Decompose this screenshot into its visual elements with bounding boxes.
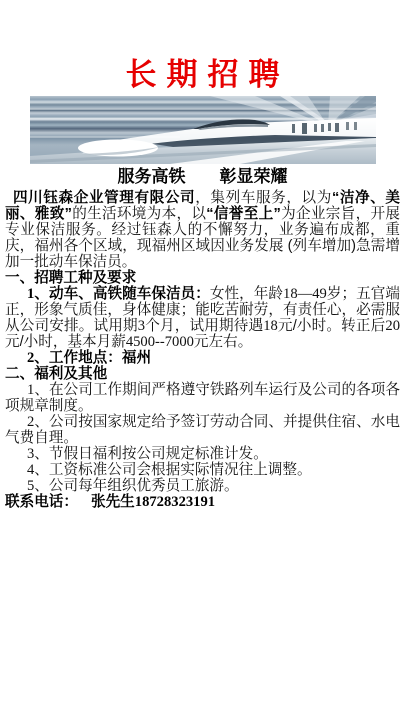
benefit-item-3: 3、节假日福利按公司规定标准计发。 <box>5 446 400 462</box>
intro-paragraph: 四川钰森企业管理有限公司，集列车服务，以为“洁净、美丽、雅致”的生活环境为本，以… <box>5 190 400 270</box>
company-name: 四川钰森企业管理有限公司 <box>13 190 195 206</box>
page-title: 长期招聘 <box>0 57 405 93</box>
benefit-item-4: 4、工资标准公司会根据实际情况往上调整。 <box>5 462 400 478</box>
work-location-item: 2、工作地点：福州 <box>5 350 400 366</box>
contact-name: 张先生 <box>91 494 135 510</box>
contact-label: 联系电话： <box>5 494 78 510</box>
slogan-left: 服务高铁 <box>118 167 186 187</box>
poster-body: 四川钰森企业管理有限公司，集列车服务，以为“洁净、美丽、雅致”的生活环境为本，以… <box>5 190 400 510</box>
section1-heading: 一、招聘工种及要求 <box>5 270 400 286</box>
slogan: 服务高铁 彰显荣耀 <box>0 167 405 187</box>
benefit-item-2: 2、公司按国家规定给予签订劳动合同、并提供住宿、水电气费自理。 <box>5 414 400 446</box>
recruitment-poster: 长期招聘 <box>0 0 405 720</box>
benefit-item-1: 1、在公司工作期间严格遵守铁路列车运行及公司的各项各项规章制度。 <box>5 382 400 414</box>
benefit-item-5: 5、公司每年组织优秀员工旅游。 <box>5 478 400 494</box>
train-illustration <box>30 96 376 164</box>
train-photo <box>30 96 376 164</box>
slogan-right: 彰显荣耀 <box>220 167 288 187</box>
contact-phone: 18728323191 <box>135 494 215 510</box>
contact-line: 联系电话：张先生18728323191 <box>5 494 400 510</box>
section2-heading: 二、福利及其他 <box>5 366 400 382</box>
job-requirements-item: 1、动车、高铁随车保洁员：女性，年龄18—49岁；五官端正，形象气质佳，身体健康… <box>5 286 400 350</box>
